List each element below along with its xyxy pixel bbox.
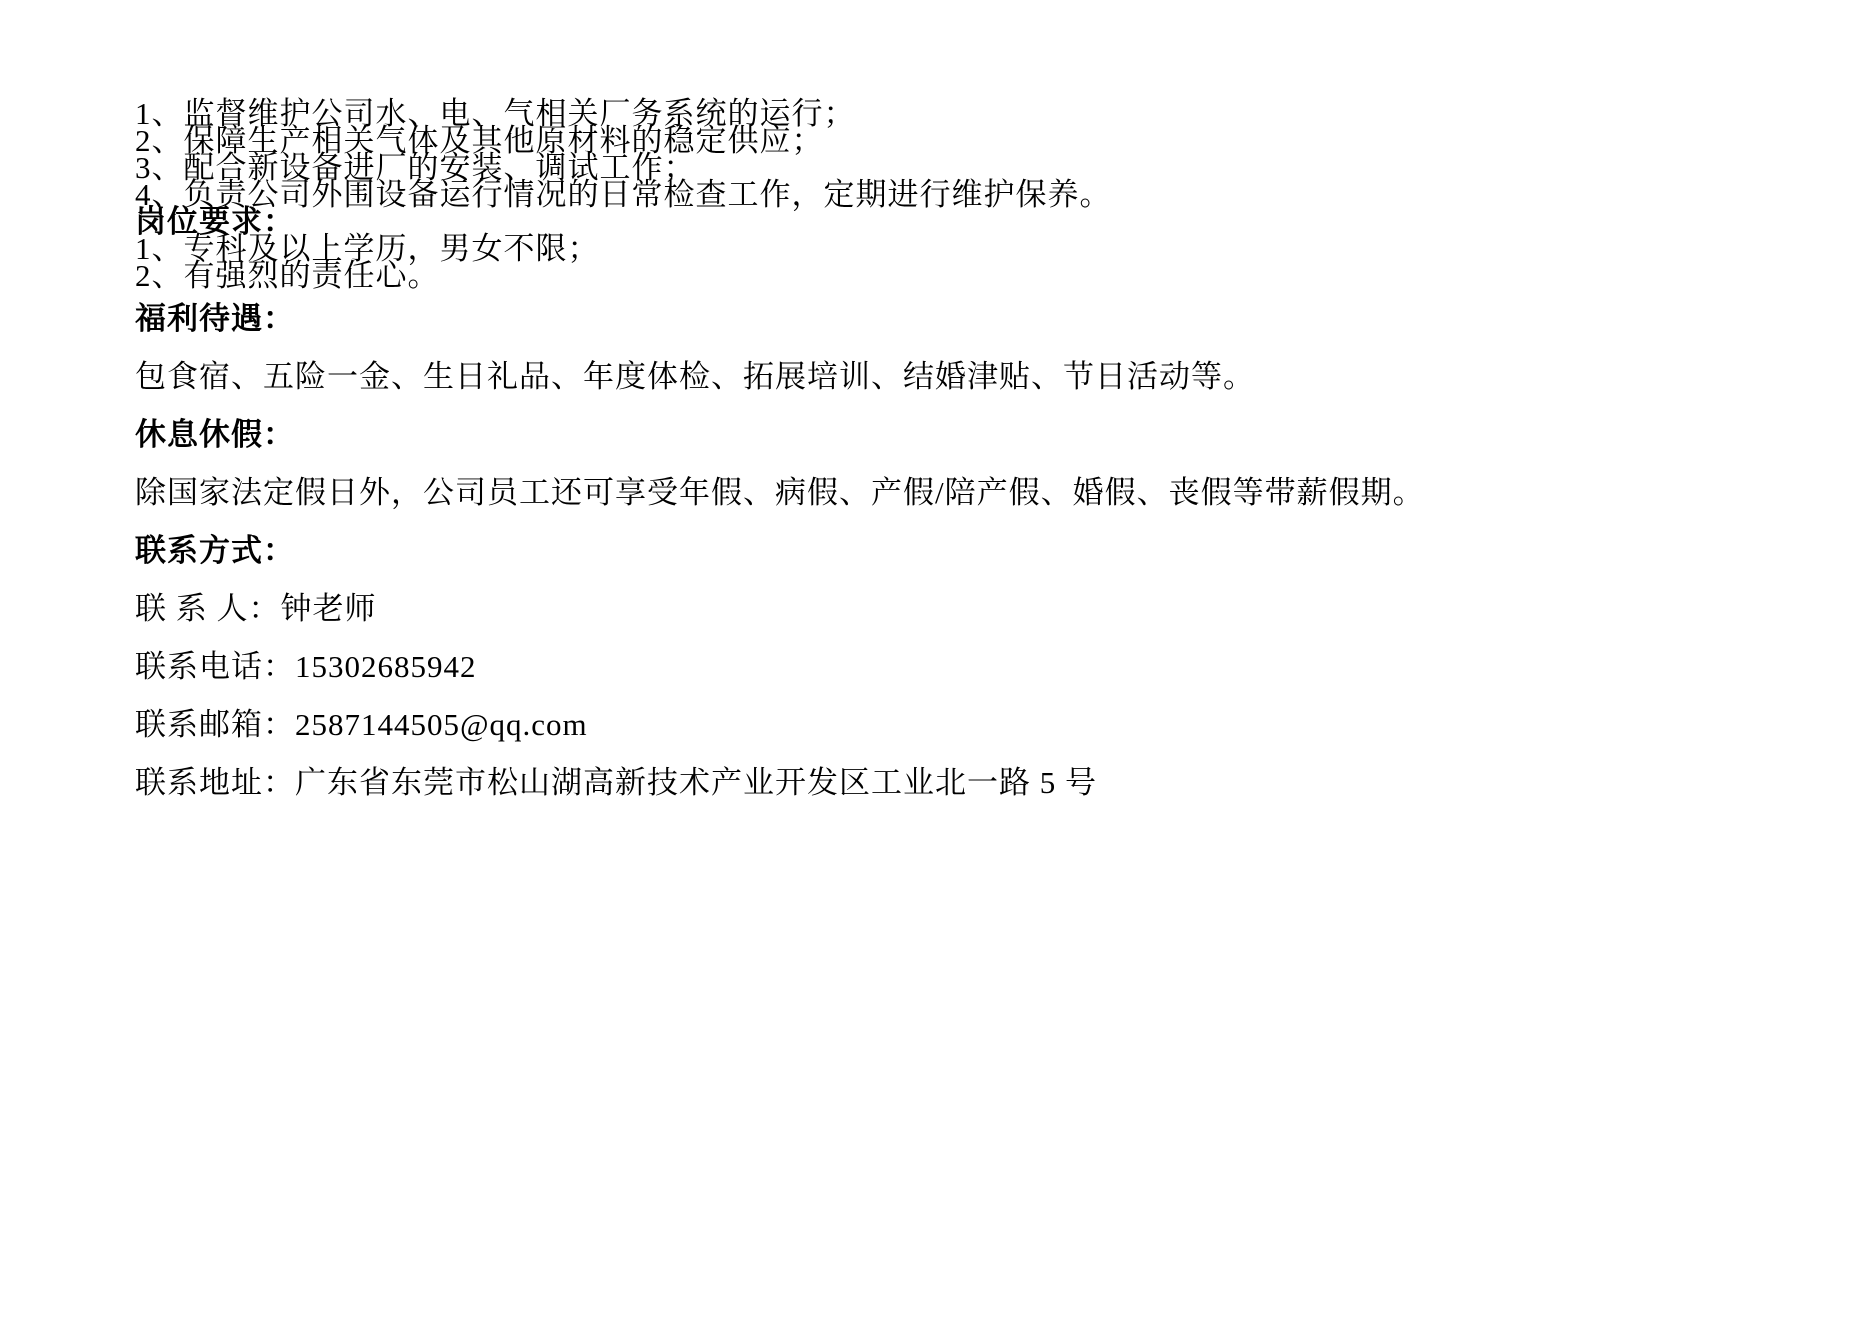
requirement-line: 2、有强烈的责任心。 [135,262,1811,289]
contact-address-label: 联系地址： [135,765,295,800]
duties-and-requirements-block: 1、监督维护公司水、电、气相关厂务系统的运行； 2、保障生产相关气体及其他原材料… [135,100,1811,289]
contact-person-row: 联 系 人：钟老师 [135,595,1811,622]
contact-email-value: 2587144505@qq.com [295,707,588,742]
contact-address-value: 广东省东莞市松山湖高新技术产业开发区工业北一路 5 号 [295,765,1097,800]
duty-line: 4、负责公司外围设备运行情况的日常检查工作，定期进行维护保养。 [135,181,1811,208]
leave-text: 除国家法定假日外，公司员工还可享受年假、病假、产假/陪产假、婚假、丧假等带薪假期… [135,479,1811,506]
contact-email-row: 联系邮箱：2587144505@qq.com [135,711,1811,738]
contact-person-value: 钟老师 [281,591,377,626]
benefits-text: 包食宿、五险一金、生日礼品、年度体检、拓展培训、结婚津贴、节日活动等。 [135,363,1811,390]
contact-phone-row: 联系电话：15302685942 [135,653,1811,680]
contact-email-label: 联系邮箱： [135,707,295,742]
contact-person-label: 联 系 人： [135,591,281,626]
contact-phone-label: 联系电话： [135,649,295,684]
contact-heading: 联系方式： [135,537,1811,564]
contact-address-row: 联系地址：广东省东莞市松山湖高新技术产业开发区工业北一路 5 号 [135,769,1811,796]
benefits-heading: 福利待遇： [135,305,1811,332]
leave-heading: 休息休假： [135,421,1811,448]
contact-phone-value: 15302685942 [295,649,477,684]
job-description-document: 1、监督维护公司水、电、气相关厂务系统的运行； 2、保障生产相关气体及其他原材料… [0,0,1871,796]
